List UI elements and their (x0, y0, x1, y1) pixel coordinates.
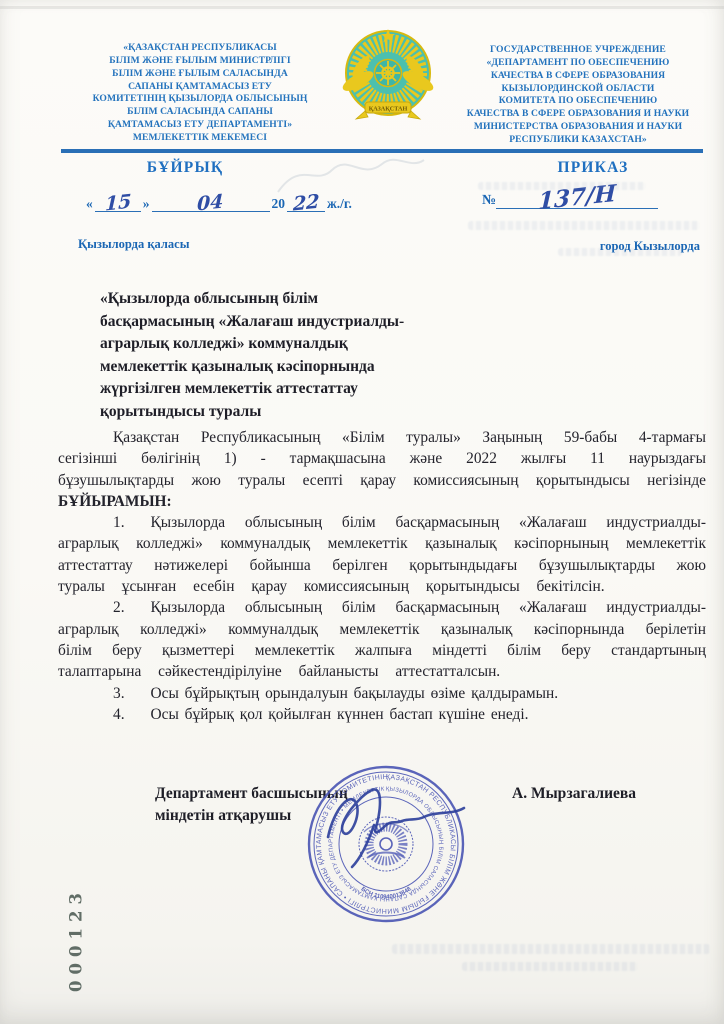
order-item-3: 3.Осы бұйрықтың орындалуын бақылауды өзі… (58, 683, 706, 704)
bleed-through-text (558, 248, 682, 256)
order-intro: Қазақстан Республикасының «Білім туралы»… (58, 427, 706, 512)
number-label: № (482, 193, 496, 209)
year-prefix: 20 (270, 196, 288, 212)
scan-edge-artifact (0, 6, 724, 9)
handwritten-day: 15 (104, 195, 131, 212)
intro-resolution-word: БҰЙЫРАМЫН: (58, 493, 172, 510)
scanned-order-document: «ҚАЗАҚСТАН РЕСПУБЛИКАСЫ БІЛІМ ЖӘНЕ ҒЫЛЫМ… (0, 0, 724, 1024)
kazakhstan-emblem-icon: ҚАЗАҚСТАН (336, 23, 440, 127)
place-kazakh: Қызылорда қаласы (78, 237, 190, 252)
order-subject: «Қызылорда облысының білім басқармасының… (100, 288, 520, 423)
org-name-kazakh: «ҚАЗАҚСТАН РЕСПУБЛИКАСЫ БІЛІМ ЖӘНЕ ҒЫЛЫМ… (64, 42, 336, 145)
signatory-name: А. Мырзагалиева (512, 785, 636, 803)
bleed-through-text (462, 962, 638, 971)
date-line: « 15 » 04 20 22 ж./г. (84, 196, 354, 212)
serial-number: 000123 (67, 884, 86, 996)
handwritten-month: 04 (197, 195, 224, 212)
bleed-through-text (478, 182, 646, 190)
emblem-banner-text: ҚАЗАҚСТАН (369, 106, 408, 113)
order-number-line: № 137/Н (482, 188, 658, 209)
handwritten-year: 22 (293, 195, 320, 212)
bleed-through-text (468, 221, 700, 230)
org-name-russian: ГОСУДАРСТВЕННОЕ УЧРЕЖДЕНИЕ «ДЕПАРТАМЕНТ … (442, 44, 714, 147)
order-title-russian: ПРИКАЗ (468, 159, 718, 177)
intro-text: Қазақстан Республикасының «Білім туралы»… (58, 429, 706, 489)
order-item-2: 2.Қызылорда облысының білім басқармасыны… (58, 597, 706, 682)
handwritten-signature (318, 773, 478, 873)
quote-open: « (84, 196, 95, 212)
order-item-1: 1.Қызылорда облысының білім басқармасыны… (58, 512, 706, 597)
date-units: ж./г. (325, 196, 354, 212)
quote-close: » (141, 196, 152, 212)
order-body: Қазақстан Республикасының «Білім туралы»… (58, 427, 706, 725)
order-item-4: 4.Осы бұйрық қол қойылған күннен бастап … (58, 704, 706, 725)
bleed-through-text (392, 944, 710, 954)
